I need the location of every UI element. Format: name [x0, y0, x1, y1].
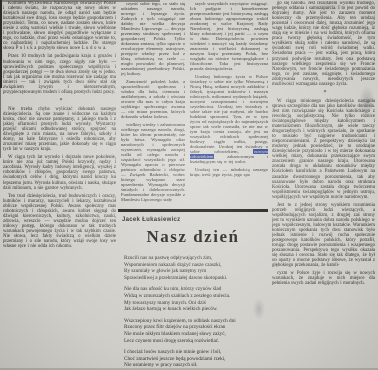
article-paragraph: Urodzaj ludowego życia w Polsce świadczy… — [190, 74, 268, 164]
article-paragraph: czynić sobie tego, co stało się udziałem… — [121, 1, 185, 76]
article-paragraph: Ten trud dziesięciolecia, trud budownicz… — [3, 194, 116, 250]
article-paragraph: Nie trzeba chyba wyliczać dokonań naszeg… — [3, 107, 116, 152]
article-column-1: Komitetu Wyzwolenia Narodowego oświadczy… — [3, 1, 116, 368]
article-paragraph: cyzm w Polsce żyje i rozwija się w nowyc… — [272, 271, 375, 286]
article-paragraph: wielkiej wiedzy i zahartowaniu wielkiego… — [121, 122, 185, 202]
scan-edge-artifact — [0, 88, 1, 158]
article-paragraph: W ciągu minionego dziesięciolecia nastąp… — [272, 99, 375, 200]
poem-author: Jacek Łukasiewicz — [122, 217, 268, 223]
article-column-3: szych wszystkich zwycięstw osiągnąć. Ich… — [190, 1, 268, 208]
scan-edge-artifact — [0, 0, 160, 2]
poem-stanza: Rzucili nas na pastwę odpływających zim,… — [124, 255, 268, 281]
article-paragraph: szych wszystkich zwycięstw osiągnąć. Ich… — [190, 1, 268, 71]
article-paragraph: W ciągu tych lat wyrosło i dojrzało nowe… — [3, 155, 116, 190]
section-separator-asterisk: * — [3, 98, 116, 104]
article-paragraph: go się narodu. Jest rezultatem wysiłku t… — [272, 1, 375, 87]
article-column-4: go się narodu. Jest rezultatem wysiłku t… — [272, 1, 375, 368]
scan-edge-artifact — [0, 0, 2, 88]
paragraph-text: Urodzaj ludowego życia w Polsce świadczy… — [190, 74, 268, 154]
article-paragraph: Zamożność pokoleń ludzi, a sprawiedliwoś… — [121, 79, 185, 119]
article-paragraph: Jest to z jednej strony wynikiem rozumie… — [272, 203, 375, 269]
article-paragraph: Urodzaj ten — młodością naszego kraju, t… — [190, 167, 268, 177]
section-separator-asterisk: * — [272, 90, 375, 96]
poem-stanza: Wszczepiony krwi krążeniem, to odblask n… — [124, 318, 268, 344]
article-column-2: czynić sobie tego, co stało się udziałem… — [121, 1, 185, 208]
poem-stanza: I chociaż losów naszych nie minie gniew … — [124, 349, 268, 369]
poem-title: Nasz dzień — [118, 227, 268, 247]
article-paragraph: Komitetu Wyzwolenia Narodowego oświadczy… — [3, 1, 116, 51]
newspaper-page: Komitetu Wyzwolenia Narodowego oświadczy… — [0, 0, 378, 370]
poem-stanza: Nie dla nas ufność ku nim, którzy czynów… — [124, 286, 268, 312]
poem-section: Jacek Łukasiewicz Nasz dzień Rzucili nas… — [118, 215, 268, 370]
poem-divider-rule — [118, 209, 268, 212]
article-paragraph: Przez 10 trudnych lat podźwigania kraju … — [3, 54, 116, 94]
